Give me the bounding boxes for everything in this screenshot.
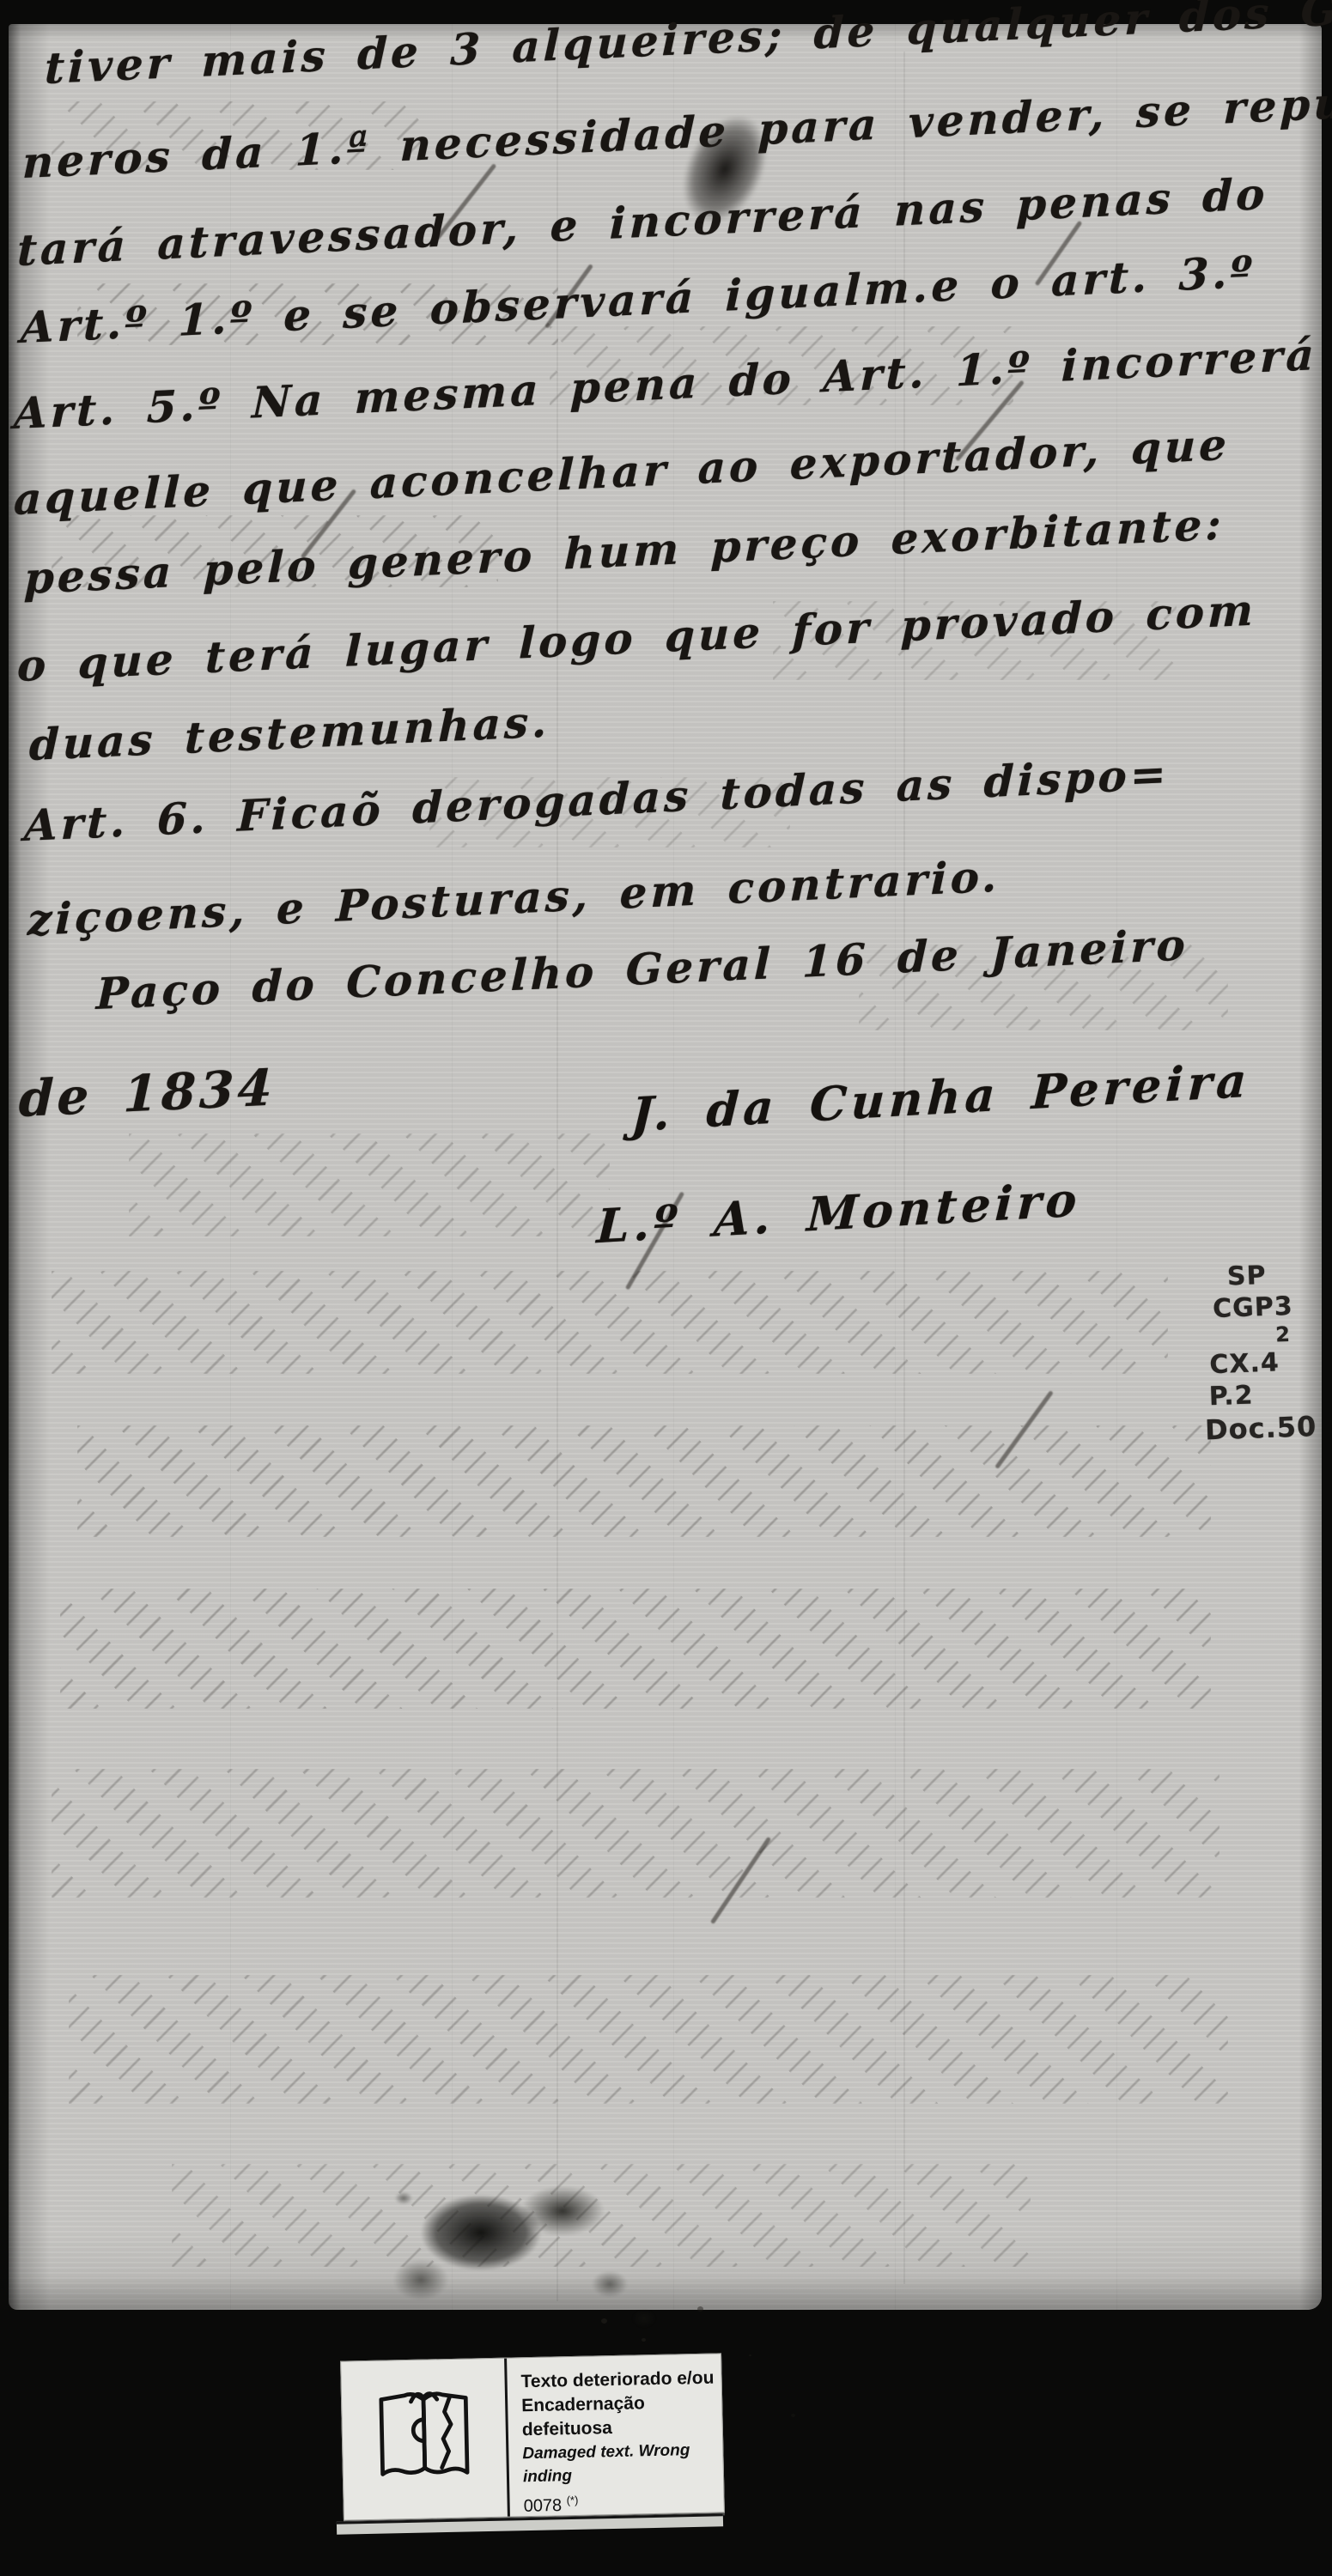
bleed-through-mark <box>77 1425 1211 1537</box>
archival-reference-note: SP CGP3 2 CX.4 P.2 Doc.50 <box>1197 1258 1332 1447</box>
damaged-book-icon <box>341 2359 508 2520</box>
bleed-through-mark <box>60 1589 1211 1709</box>
damage-specks <box>601 2318 607 2324</box>
archival-note-line: CGP3 <box>1213 1290 1329 1325</box>
label-text-english: Damaged text. Wrong inding <box>522 2439 716 2489</box>
label-code-number: 0078 <box>523 2496 562 2516</box>
archival-note-line: Doc.50 <box>1204 1409 1332 1447</box>
damage-label-text: Texto deteriorado e/ou Encadernação defe… <box>504 2354 724 2516</box>
bleed-through-mark <box>69 1975 1228 2104</box>
label-code-marker: (*) <box>566 2494 578 2506</box>
manuscript-line: de 1834 <box>18 1058 276 1128</box>
bleed-through-mark <box>52 1271 1168 1374</box>
archival-note-line: SP <box>1226 1258 1327 1293</box>
bleed-through-mark <box>52 1769 1219 1898</box>
scan-background: tiver mais de 3 alqueires; de qualquer d… <box>0 0 1332 2576</box>
label-text-portuguese-1: Texto deteriorado e/ou <box>520 2366 715 2395</box>
damage-stain <box>361 2164 721 2379</box>
archival-note-line: P.2 <box>1208 1377 1331 1413</box>
label-text-portuguese-2: Encadernação defeituosa <box>521 2391 715 2443</box>
damage-label: Texto deteriorado e/ou Encadernação defe… <box>340 2353 725 2520</box>
bleed-through-mark <box>129 1133 610 1236</box>
archival-note-line: 2 <box>1275 1321 1329 1348</box>
archival-note-line: CX.4 <box>1209 1346 1330 1382</box>
